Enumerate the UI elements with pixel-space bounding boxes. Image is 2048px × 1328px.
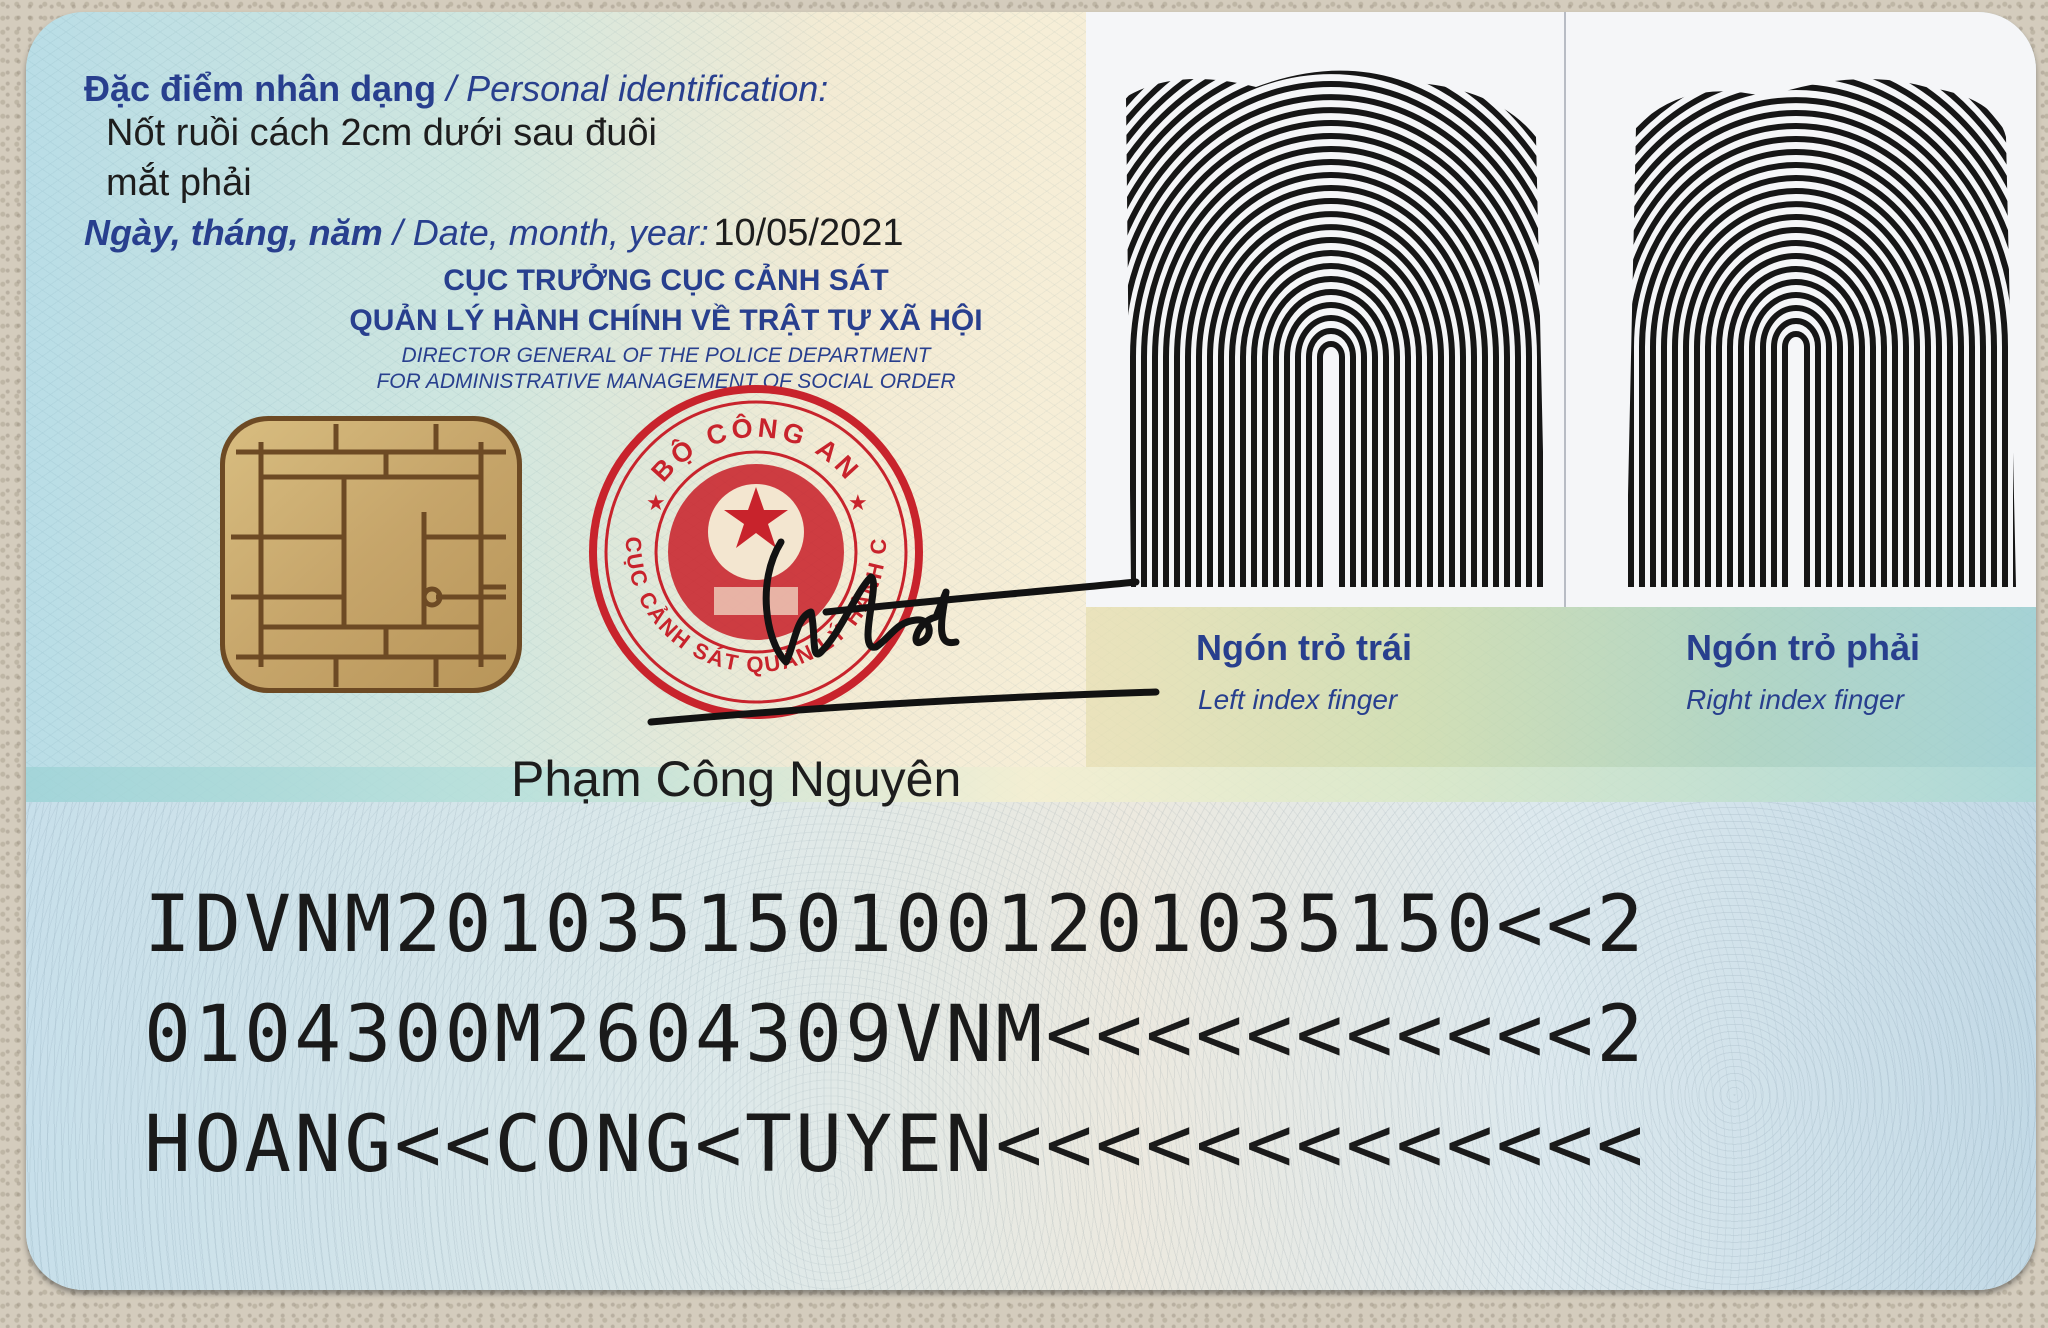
mrz-line-3: HOANG<<CONG<TUYEN<<<<<<<<<<<<< [144, 1100, 1646, 1190]
id-card-back: Đặc điểm nhân dạng / Personal identifica… [26, 12, 2036, 1290]
left-finger-label-en: Left index finger [1198, 684, 1397, 716]
mrz-line-2: 0104300M2604309VNM<<<<<<<<<<<2 [144, 990, 1646, 1080]
identification-value-line2: mắt phải [106, 162, 252, 205]
identification-value-line1: Nốt ruồi cách 2cm dưới sau đuôi [106, 112, 657, 155]
left-index-fingerprint-image [1116, 57, 1556, 597]
authority-title-en-line1: DIRECTOR GENERAL OF THE POLICE DEPARTMEN… [326, 344, 1006, 368]
issue-date-row: Ngày, tháng, năm / Date, month, year: 10… [84, 212, 904, 255]
issue-date-label-vi: Ngày, tháng, năm [84, 212, 383, 253]
signer-name: Phạm Công Nguyên [511, 750, 961, 808]
signature [616, 522, 1176, 732]
authority-title-vi-line2: QUẢN LÝ HÀNH CHÍNH VỀ TRẬT TỰ XÃ HỘI [326, 304, 1006, 338]
issue-date-label-en: Date, month, year: [413, 212, 709, 253]
right-index-fingerprint-image [1596, 57, 2036, 597]
label-separator: / [383, 212, 413, 253]
authority-title-vi-line1: CỤC TRƯỞNG CỤC CẢNH SÁT [326, 264, 1006, 298]
smart-chip [216, 412, 526, 697]
mrz-line-1: IDVNM2010351501001201035150<<2 [144, 880, 1646, 970]
right-finger-label-vi: Ngón trỏ phải [1686, 627, 1920, 669]
left-finger-label-vi: Ngón trỏ trái [1196, 627, 1412, 669]
color-band [26, 767, 2036, 803]
seal-star-left: ★ [646, 490, 666, 515]
identification-label: Đặc điểm nhân dạng / Personal identifica… [84, 68, 828, 110]
identification-label-vi: Đặc điểm nhân dạng [84, 68, 436, 109]
label-separator: / [436, 68, 466, 109]
issue-date-value: 10/05/2021 [713, 212, 903, 254]
fingerprint-divider [1564, 12, 1566, 607]
seal-star-right: ★ [848, 490, 868, 515]
right-finger-label-en: Right index finger [1686, 684, 1904, 716]
identification-label-en: Personal identification: [466, 68, 828, 109]
